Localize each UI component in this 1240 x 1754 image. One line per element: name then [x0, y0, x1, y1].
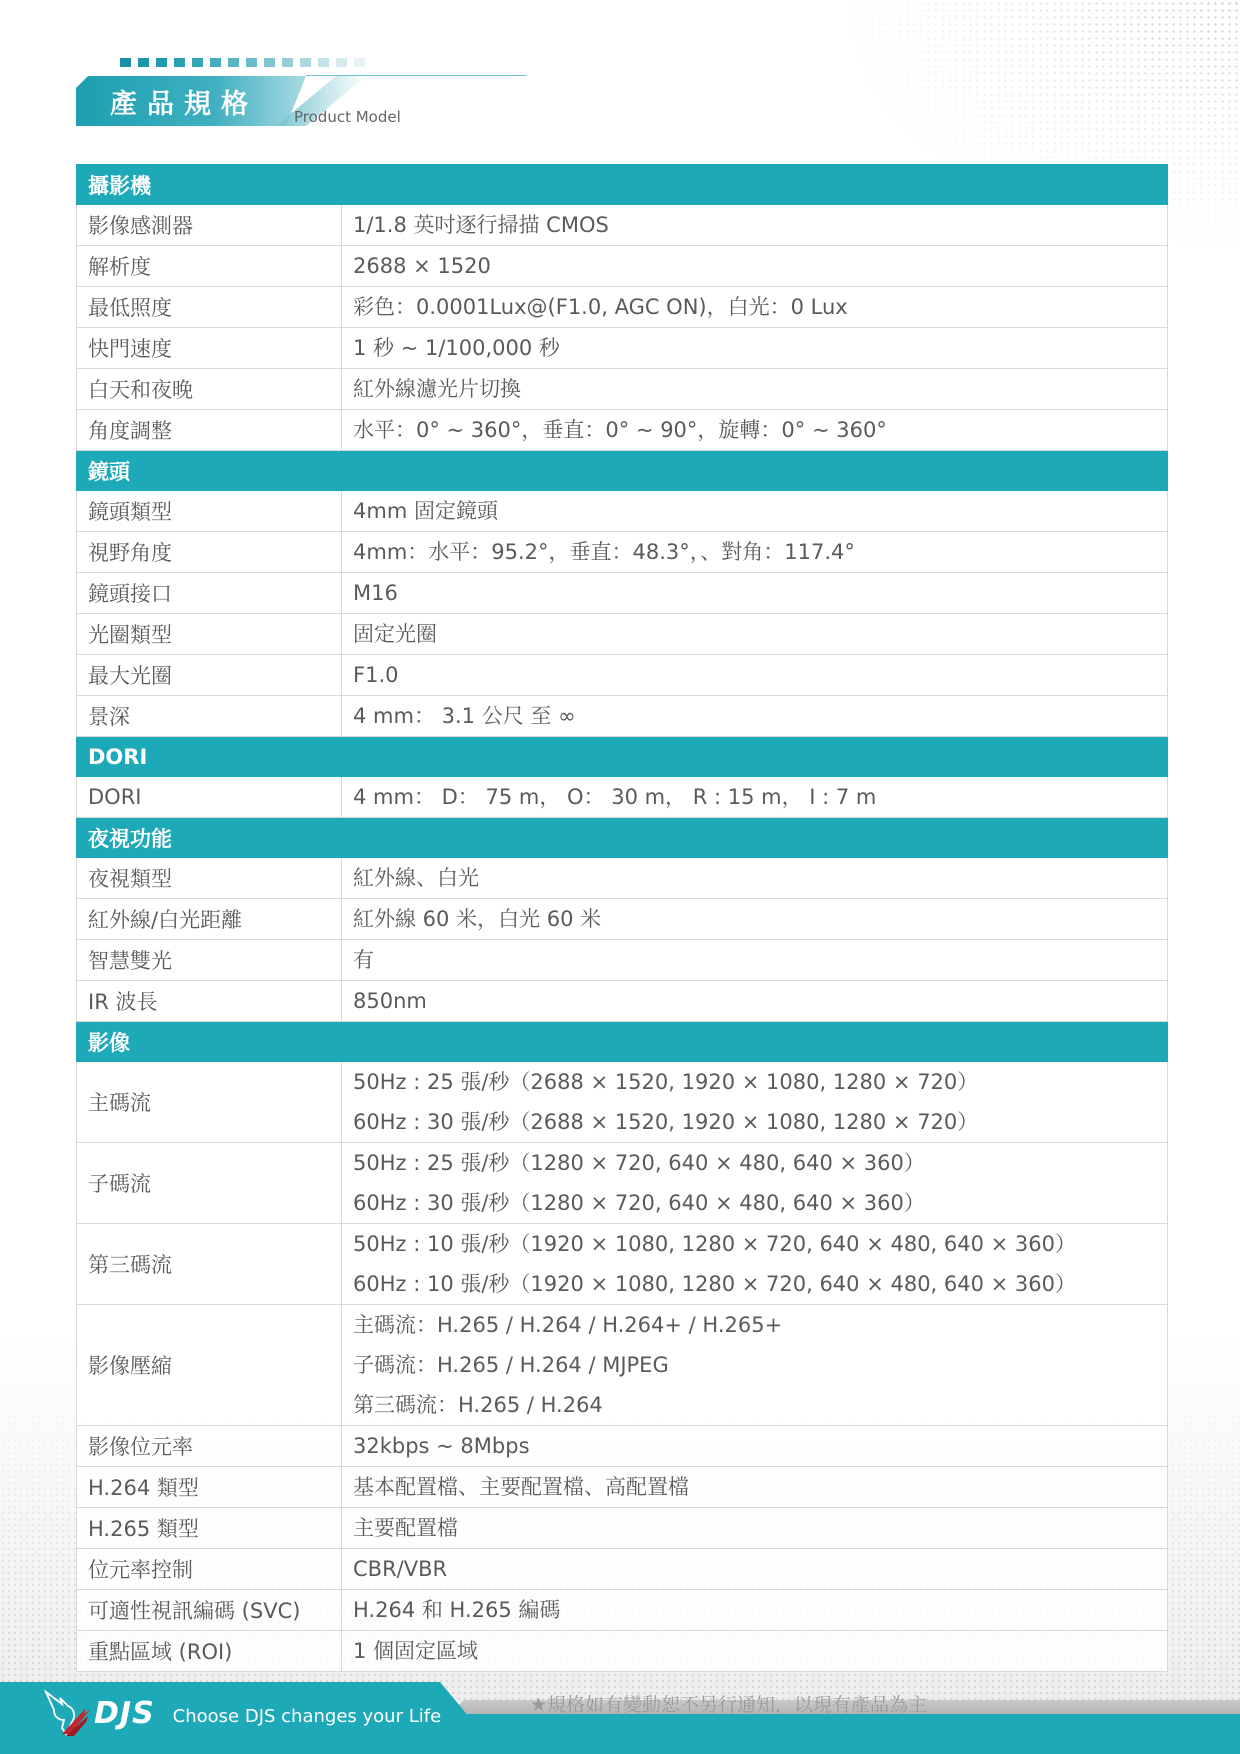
spec-value-line: 1 秒 ~ 1/100,000 秒	[353, 328, 1156, 368]
table-row: 主碼流50Hz : 25 張/秒（2688 × 1520, 1920 × 108…	[77, 1062, 1168, 1143]
spec-value: 50Hz : 25 張/秒（2688 × 1520, 1920 × 1080, …	[342, 1062, 1168, 1143]
table-row: 夜視類型紅外線、白光	[77, 858, 1168, 899]
table-row: H.265 類型主要配置檔	[77, 1508, 1168, 1549]
table-row: 影像感測器1/1.8 英吋逐行掃描 CMOS	[77, 205, 1168, 246]
spec-value: 水平：0° ~ 360°，垂直：0° ~ 90°，旋轉：0° ~ 360°	[342, 410, 1168, 451]
spec-label: 可適性視訊編碼 (SVC)	[77, 1590, 342, 1631]
spec-label: 白天和夜晚	[77, 369, 342, 410]
spec-value-line: 60Hz : 10 張/秒（1920 × 1080, 1280 × 720, 6…	[353, 1264, 1156, 1304]
table-row: DORI4 mm： D： 75 m， O： 30 m， R : 15 m， I …	[77, 777, 1168, 818]
spec-value: 紅外線 60 米，白光 60 米	[342, 899, 1168, 940]
brand-logo: DJS Choose DJS changes your Life	[40, 1688, 441, 1738]
section-header: 攝影機	[77, 165, 1168, 205]
spec-label: 景深	[77, 696, 342, 737]
table-row: 鏡頭接口M16	[77, 573, 1168, 614]
spec-label: 鏡頭類型	[77, 491, 342, 532]
spec-value-line: 子碼流：H.265 / H.264 / MJPEG	[353, 1345, 1156, 1385]
table-row: 影像壓縮主碼流：H.265 / H.264 / H.264+ / H.265+子…	[77, 1305, 1168, 1426]
section-title: DORI	[77, 737, 1168, 777]
spec-value-line: 第三碼流：H.265 / H.264	[353, 1385, 1156, 1425]
spec-value: 4mm 固定鏡頭	[342, 491, 1168, 532]
unicorn-logo-icon	[40, 1688, 92, 1738]
title-rule	[306, 75, 526, 76]
spec-value: 有	[342, 940, 1168, 981]
spec-value: F1.0	[342, 655, 1168, 696]
spec-value-line: 基本配置檔、主要配置檔、高配置檔	[353, 1467, 1156, 1507]
spec-value-line: 4mm 固定鏡頭	[353, 491, 1156, 531]
spec-label: 影像感測器	[77, 205, 342, 246]
section-header: 影像	[77, 1022, 1168, 1062]
table-row: 可適性視訊編碼 (SVC)H.264 和 H.265 編碼	[77, 1590, 1168, 1631]
spec-value: M16	[342, 573, 1168, 614]
spec-label: 位元率控制	[77, 1549, 342, 1590]
spec-label: 最大光圈	[77, 655, 342, 696]
spec-value: 主要配置檔	[342, 1508, 1168, 1549]
spec-label: 影像位元率	[77, 1426, 342, 1467]
spec-value: 彩色：0.0001Lux@(F1.0, AGC ON)，白光：0 Lux	[342, 287, 1168, 328]
spec-value-line: 50Hz : 10 張/秒（1920 × 1080, 1280 × 720, 6…	[353, 1224, 1156, 1264]
spec-value: 50Hz : 10 張/秒（1920 × 1080, 1280 × 720, 6…	[342, 1224, 1168, 1305]
spec-value-line: 50Hz : 25 張/秒（2688 × 1520, 1920 × 1080, …	[353, 1062, 1156, 1102]
title-banner: 產品規格 Product Model	[76, 56, 456, 132]
spec-value-line: 60Hz : 30 張/秒（2688 × 1520, 1920 × 1080, …	[353, 1102, 1156, 1142]
section-header: 夜視功能	[77, 818, 1168, 858]
spec-value-line: 固定光圈	[353, 614, 1156, 654]
spec-label: 夜視類型	[77, 858, 342, 899]
spec-value-line: 有	[353, 940, 1156, 980]
spec-value: 4 mm： D： 75 m， O： 30 m， R : 15 m， I : 7 …	[342, 777, 1168, 818]
spec-label: 最低照度	[77, 287, 342, 328]
table-row: 鏡頭類型4mm 固定鏡頭	[77, 491, 1168, 532]
spec-value-line: 1/1.8 英吋逐行掃描 CMOS	[353, 205, 1156, 245]
spec-label: 快門速度	[77, 328, 342, 369]
spec-value: 1 個固定區域	[342, 1631, 1168, 1672]
spec-value-line: 60Hz : 30 張/秒（1280 × 720, 640 × 480, 640…	[353, 1183, 1156, 1223]
spec-label: 影像壓縮	[77, 1305, 342, 1426]
spec-label: 智慧雙光	[77, 940, 342, 981]
spec-label: 子碼流	[77, 1143, 342, 1224]
spec-value-line: 4 mm： D： 75 m， O： 30 m， R : 15 m， I : 7 …	[353, 777, 1156, 817]
spec-value: 1 秒 ~ 1/100,000 秒	[342, 328, 1168, 369]
spec-value-line: 紅外線濾光片切換	[353, 369, 1156, 409]
table-row: 解析度2688 × 1520	[77, 246, 1168, 287]
table-row: 景深4 mm： 3.1 公尺 至 ∞	[77, 696, 1168, 737]
section-header: DORI	[77, 737, 1168, 777]
spec-label: IR 波長	[77, 981, 342, 1022]
spec-label: 紅外線/白光距離	[77, 899, 342, 940]
brand-name: DJS	[94, 1696, 155, 1731]
spec-value-line: 主碼流：H.265 / H.264 / H.264+ / H.265+	[353, 1305, 1156, 1345]
spec-value-line: 2688 × 1520	[353, 246, 1156, 286]
spec-label: 重點區域 (ROI)	[77, 1631, 342, 1672]
table-row: 快門速度1 秒 ~ 1/100,000 秒	[77, 328, 1168, 369]
spec-label: 角度調整	[77, 410, 342, 451]
spec-value: H.264 和 H.265 編碼	[342, 1590, 1168, 1631]
spec-value-line: M16	[353, 573, 1156, 613]
spec-value: 4mm：水平：95.2°，垂直：48.3°，、對角：117.4°	[342, 532, 1168, 573]
spec-value-line: 1 個固定區域	[353, 1631, 1156, 1671]
spec-value-line: F1.0	[353, 655, 1156, 695]
section-title: 影像	[77, 1022, 1168, 1062]
spec-value: 50Hz : 25 張/秒（1280 × 720, 640 × 480, 640…	[342, 1143, 1168, 1224]
spec-label: DORI	[77, 777, 342, 818]
spec-value: 4 mm： 3.1 公尺 至 ∞	[342, 696, 1168, 737]
spec-value-line: 4mm：水平：95.2°，垂直：48.3°，、對角：117.4°	[353, 532, 1156, 572]
spec-label: 鏡頭接口	[77, 573, 342, 614]
spec-value-line: 主要配置檔	[353, 1508, 1156, 1548]
spec-value: 850nm	[342, 981, 1168, 1022]
spec-value-line: 水平：0° ~ 360°，垂直：0° ~ 90°，旋轉：0° ~ 360°	[353, 410, 1156, 450]
section-title: 夜視功能	[77, 818, 1168, 858]
title-squares-decoration	[120, 58, 365, 67]
table-row: 白天和夜晚紅外線濾光片切換	[77, 369, 1168, 410]
spec-value-line: 850nm	[353, 981, 1156, 1021]
table-row: 光圈類型固定光圈	[77, 614, 1168, 655]
table-row: 角度調整水平：0° ~ 360°，垂直：0° ~ 90°，旋轉：0° ~ 360…	[77, 410, 1168, 451]
spec-value: 紅外線、白光	[342, 858, 1168, 899]
spec-value: 紅外線濾光片切換	[342, 369, 1168, 410]
spec-value-line: 4 mm： 3.1 公尺 至 ∞	[353, 696, 1156, 736]
table-row: 位元率控制CBR/VBR	[77, 1549, 1168, 1590]
spec-value-line: 紅外線 60 米，白光 60 米	[353, 899, 1156, 939]
spec-label: H.265 類型	[77, 1508, 342, 1549]
page-title: 產品規格	[110, 82, 258, 121]
spec-value: 主碼流：H.265 / H.264 / H.264+ / H.265+子碼流：H…	[342, 1305, 1168, 1426]
spec-value: CBR/VBR	[342, 1549, 1168, 1590]
table-row: 視野角度4mm：水平：95.2°，垂直：48.3°，、對角：117.4°	[77, 532, 1168, 573]
spec-value-line: 彩色：0.0001Lux@(F1.0, AGC ON)，白光：0 Lux	[353, 287, 1156, 327]
spec-label: 視野角度	[77, 532, 342, 573]
spec-table: 攝影機影像感測器1/1.8 英吋逐行掃描 CMOS解析度2688 × 1520最…	[76, 164, 1168, 1672]
page-subtitle: Product Model	[294, 108, 401, 126]
spec-value-line: 紅外線、白光	[353, 858, 1156, 898]
spec-value: 1/1.8 英吋逐行掃描 CMOS	[342, 205, 1168, 246]
section-title: 鏡頭	[77, 451, 1168, 491]
spec-label: H.264 類型	[77, 1467, 342, 1508]
spec-value: 固定光圈	[342, 614, 1168, 655]
spec-value: 基本配置檔、主要配置檔、高配置檔	[342, 1467, 1168, 1508]
table-row: IR 波長850nm	[77, 981, 1168, 1022]
spec-value: 2688 × 1520	[342, 246, 1168, 287]
table-row: 第三碼流50Hz : 10 張/秒（1920 × 1080, 1280 × 72…	[77, 1224, 1168, 1305]
table-row: 最低照度彩色：0.0001Lux@(F1.0, AGC ON)，白光：0 Lux	[77, 287, 1168, 328]
table-row: H.264 類型基本配置檔、主要配置檔、高配置檔	[77, 1467, 1168, 1508]
spec-label: 第三碼流	[77, 1224, 342, 1305]
table-row: 智慧雙光有	[77, 940, 1168, 981]
table-row: 影像位元率32kbps ~ 8Mbps	[77, 1426, 1168, 1467]
section-header: 鏡頭	[77, 451, 1168, 491]
spec-value-line: 50Hz : 25 張/秒（1280 × 720, 640 × 480, 640…	[353, 1143, 1156, 1183]
brand-slogan: Choose DJS changes your Life	[173, 1706, 441, 1727]
spec-label: 光圈類型	[77, 614, 342, 655]
spec-value-line: 32kbps ~ 8Mbps	[353, 1426, 1156, 1466]
spec-value: 32kbps ~ 8Mbps	[342, 1426, 1168, 1467]
spec-label: 主碼流	[77, 1062, 342, 1143]
table-row: 重點區域 (ROI)1 個固定區域	[77, 1631, 1168, 1672]
disclaimer-note: ★規格如有變動恕不另行通知，以現有產品為主	[530, 1690, 927, 1717]
section-title: 攝影機	[77, 165, 1168, 205]
spec-value-line: CBR/VBR	[353, 1549, 1156, 1589]
table-row: 最大光圈F1.0	[77, 655, 1168, 696]
spec-label: 解析度	[77, 246, 342, 287]
spec-value-line: H.264 和 H.265 編碼	[353, 1590, 1156, 1630]
table-row: 紅外線/白光距離紅外線 60 米，白光 60 米	[77, 899, 1168, 940]
table-row: 子碼流50Hz : 25 張/秒（1280 × 720, 640 × 480, …	[77, 1143, 1168, 1224]
